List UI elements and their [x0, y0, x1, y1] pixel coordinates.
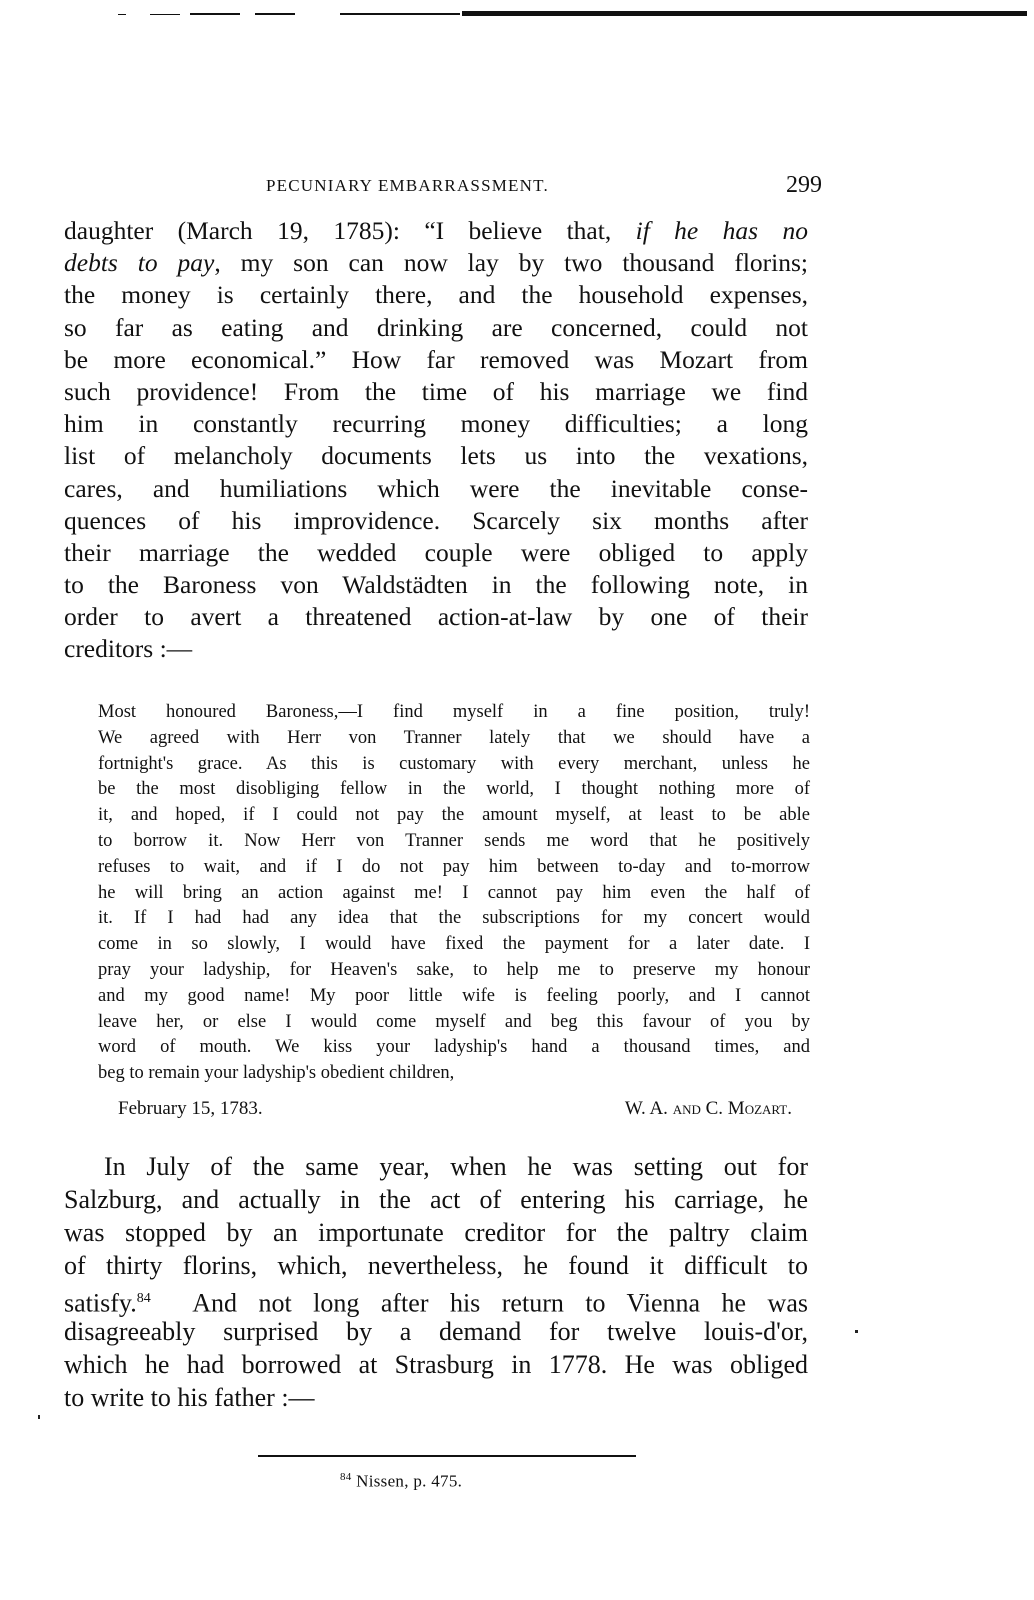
- page-number: 299: [786, 172, 822, 199]
- letter-line: it, and hoped, if I could not pay the am…: [98, 803, 810, 829]
- text-line: quences of his improvidence. Scarcely si…: [64, 505, 808, 537]
- running-head-title: PECUNIARY EMBARRASSMENT.: [266, 176, 549, 196]
- scan-speck: [38, 1415, 40, 1419]
- footnote: 84 Nissen, p. 475.: [340, 1471, 462, 1492]
- text-line: was stopped by an importunate creditor f…: [64, 1216, 808, 1249]
- text-line: to the Baroness von Waldstädten in the f…: [64, 569, 808, 601]
- paragraph-2: In July of the same year, when he was se…: [64, 1150, 808, 1414]
- letter-line: word of mouth. We kiss your ladyship's h…: [98, 1035, 810, 1061]
- text-line: disagreeably surprised by a demand for t…: [64, 1315, 808, 1348]
- letter-line: be the most disobliging fellow in the wo…: [98, 777, 810, 803]
- letter-line: refuses to wait, and if I do not pay him…: [98, 855, 810, 881]
- text-line: daughter (March 19, 1785): “I believe th…: [64, 215, 808, 247]
- scan-speck: [855, 1330, 858, 1333]
- letter-line: We agreed with Herr von Tranner lately t…: [98, 726, 810, 752]
- letter-line: and my good name! My poor little wife is…: [98, 984, 810, 1010]
- text-line: Salzburg, and actually in the act of ent…: [64, 1183, 808, 1216]
- text-line: order to avert a threatened action-at-la…: [64, 601, 808, 633]
- text-line: of thirty florins, which, nevertheless, …: [64, 1249, 808, 1282]
- footnote-reference[interactable]: 84: [137, 1291, 151, 1306]
- paragraph-1: daughter (March 19, 1785): “I believe th…: [64, 215, 808, 666]
- text-line: the money is certainly there, and the ho…: [64, 279, 808, 311]
- letter-line: he will bring an action against me! I ca…: [98, 881, 810, 907]
- letter-line: to borrow it. Now Herr von Tranner sends…: [98, 829, 810, 855]
- letter-signature: W. A. and C. Mozart.: [625, 1098, 792, 1120]
- text-line: satisfy.84 And not long after his return…: [64, 1282, 808, 1315]
- quoted-letter: Most honoured Baroness,—I find myself in…: [98, 700, 810, 1087]
- footnote-marker: 84: [340, 1471, 352, 1483]
- text-line: creditors :—: [64, 633, 808, 665]
- text-line: to write to his father :—: [64, 1381, 808, 1414]
- footnote-rule: [258, 1455, 636, 1457]
- text-line: list of melancholy documents lets us int…: [64, 440, 808, 472]
- letter-line: leave her, or else I would come myself a…: [98, 1010, 810, 1036]
- letter-line: beg to remain your ladyship's obedient c…: [98, 1061, 810, 1087]
- text-line: debts to pay, my son can now lay by two …: [64, 247, 808, 279]
- letter-line: pray your ladyship, for Heaven's sake, t…: [98, 958, 810, 984]
- letter-line: come in so slowly, I would have fixed th…: [98, 932, 810, 958]
- text-line: so far as eating and drinking are concer…: [64, 312, 808, 344]
- text-line: cares, and humiliations which were the i…: [64, 473, 808, 505]
- running-header: PECUNIARY EMBARRASSMENT. 299: [266, 172, 822, 202]
- letter-line: fortnight's grace. As this is customary …: [98, 752, 810, 778]
- text-line: be more economical.” How far removed was…: [64, 344, 808, 376]
- text-line: their marriage the wedded couple were ob…: [64, 537, 808, 569]
- text-line: him in constantly recurring money diffic…: [64, 408, 808, 440]
- letter-signoff: February 15, 1783. W. A. and C. Mozart.: [118, 1098, 792, 1126]
- letter-line: it. If I had had any idea that the subsc…: [98, 906, 810, 932]
- text-line: In July of the same year, when he was se…: [64, 1150, 808, 1183]
- letter-line: Most honoured Baroness,—I find myself in…: [98, 700, 810, 726]
- text-line: such providence! From the time of his ma…: [64, 376, 808, 408]
- text-line: which he had borrowed at Strasburg in 17…: [64, 1348, 808, 1381]
- letter-date: February 15, 1783.: [118, 1098, 263, 1120]
- scan-edge-artifact: [0, 10, 1034, 20]
